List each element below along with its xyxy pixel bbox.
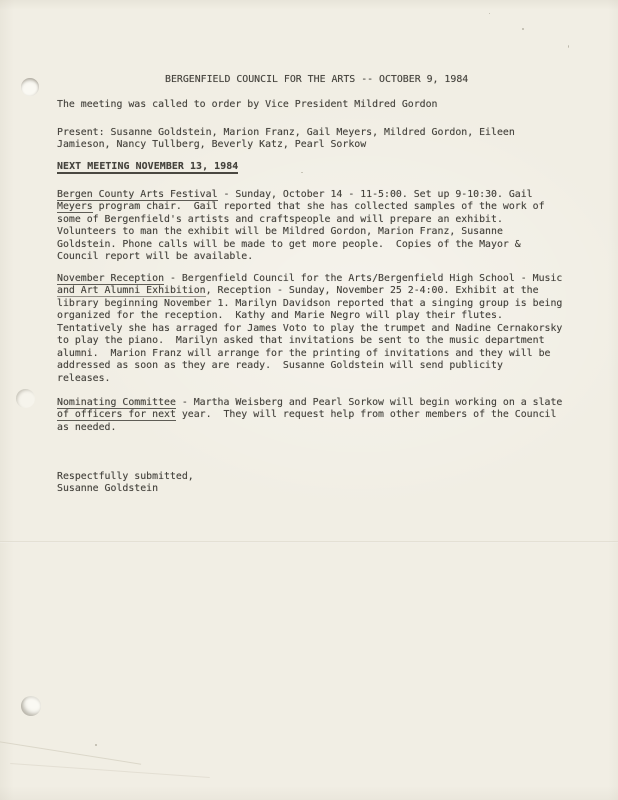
section-line: to play the piano. Marilyn asked that in… [57, 335, 562, 347]
attendance-list: Present: Susanne Goldstein, Marion Franz… [57, 127, 515, 152]
section-line: addressed as soon as they are ready. Sus… [57, 360, 562, 372]
scanned-meeting-minutes-page: BERGENFIELD COUNCIL FOR THE ARTS -- OCTO… [0, 0, 618, 800]
section-november-reception: November Reception - Bergenfield Council… [57, 273, 562, 385]
closing-signature-block: Respectfully submitted, Susanne Goldstei… [57, 471, 194, 496]
paper-crease [10, 763, 210, 778]
section-line: releases. [57, 373, 562, 385]
punch-hole-bottom [21, 696, 41, 716]
paper-speck [95, 744, 97, 746]
next-meeting-heading-block: NEXT MEETING NOVEMBER 13, 1984 [57, 161, 238, 173]
paper-speck [522, 28, 524, 30]
next-meeting-heading: NEXT MEETING NOVEMBER 13, 1984 [57, 161, 238, 173]
section-heading: Nominating Committee [57, 397, 176, 409]
document-title: BERGENFIELD COUNCIL FOR THE ARTS -- OCTO… [165, 74, 468, 86]
underlined-continuation: of officers for next [57, 409, 176, 421]
section-heading: November Reception [57, 273, 164, 285]
paper-speck [301, 172, 303, 173]
next-meeting-heading-text: NEXT MEETING NOVEMBER 13, 1984 [57, 161, 238, 174]
section-line: alumni. Marion Franz will arrange for th… [57, 348, 562, 360]
section-line: Goldstein. Phone calls will be made to g… [57, 239, 545, 251]
underlined-continuation: Meyers [57, 201, 93, 213]
section-line: of officers for next year. They will req… [57, 409, 562, 421]
paper-crease [0, 740, 141, 764]
closing-signature-name: Susanne Goldstein [57, 483, 194, 495]
section-line: Volunteers to man the exhibit will be Mi… [57, 226, 545, 238]
punch-hole-top [21, 78, 39, 96]
section-line: and Art Alumni Exhibition, Reception - S… [57, 285, 562, 297]
section-line: Meyers program chair. Gail reported that… [57, 201, 545, 213]
section-line: Nominating Committee - Martha Weisberg a… [57, 397, 562, 409]
section-bergen-county-arts-festival: Bergen County Arts Festival - Sunday, Oc… [57, 189, 545, 264]
section-text: - Bergenfield Council for the Arts/Berge… [164, 273, 562, 284]
section-line: Council report will be available. [57, 251, 545, 263]
section-line: organized for the reception. Kathy and M… [57, 310, 562, 322]
section-heading: Bergen County Arts Festival [57, 189, 218, 201]
attendance-line: Jamieson, Nancy Tullberg, Beverly Katz, … [57, 139, 515, 151]
section-line: Bergen County Arts Festival - Sunday, Oc… [57, 189, 545, 201]
section-text: - Sunday, October 14 - 11-5:00. Set up 9… [218, 189, 533, 200]
closing-line: Respectfully submitted, [57, 471, 194, 483]
section-line: November Reception - Bergenfield Council… [57, 273, 562, 285]
paper-fold-crease [0, 541, 618, 543]
section-line: library beginning November 1. Marilyn Da… [57, 298, 562, 310]
document-title-block: BERGENFIELD COUNCIL FOR THE ARTS -- OCTO… [165, 74, 468, 86]
punch-hole-middle [16, 389, 35, 408]
paper-speck [489, 13, 490, 14]
section-text: year. They will request help from other … [176, 409, 557, 420]
section-line: some of Bergenfield's artists and crafts… [57, 214, 545, 226]
section-text: , Reception - Sunday, November 25 2-4:00… [206, 285, 539, 296]
opening-line: The meeting was called to order by Vice … [57, 99, 438, 111]
section-nominating-committee: Nominating Committee - Martha Weisberg a… [57, 397, 562, 434]
paper-speck [568, 45, 569, 48]
section-line: as needed. [57, 422, 562, 434]
section-text: program chair. Gail reported that she ha… [93, 201, 545, 212]
underlined-continuation: and Art Alumni Exhibition [57, 285, 206, 297]
opening-statement: The meeting was called to order by Vice … [57, 99, 438, 111]
attendance-line: Present: Susanne Goldstein, Marion Franz… [57, 127, 515, 139]
section-line: Tentatively she has arraged for James Vo… [57, 323, 562, 335]
section-text: - Martha Weisberg and Pearl Sorkow will … [176, 397, 562, 408]
